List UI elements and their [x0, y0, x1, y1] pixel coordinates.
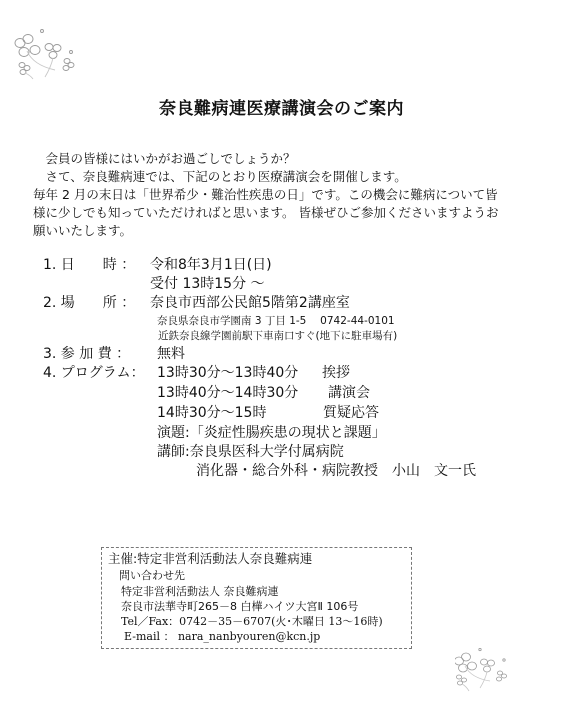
inquiry-heading: 問い合わせ先 [119, 568, 185, 583]
flower-doodle-icon [455, 648, 525, 693]
place-value: 奈良市西部公民館5階第2講座室 [150, 294, 350, 313]
intro-line: 願いいたします。 [33, 222, 132, 240]
fee-value: 無料 [157, 345, 185, 364]
place-address: 奈良県奈良市学園南 3 丁目 1-5 0742-44-0101 [157, 314, 395, 328]
program-label: 4. プログラム： [43, 364, 145, 383]
page-title: 奈良難病連医療講演会のご案内 [0, 94, 563, 119]
place-access: 近鉄奈良線学園前駅下車南口すぐ(地下に駐車場有) [158, 329, 397, 343]
organizer: 主催:特定非営利活動法人奈良難病連 [108, 551, 312, 567]
date-value: 令和8年3月1日(日) [150, 256, 272, 275]
date-label: 1. 日 時 ： [43, 256, 135, 275]
contact-org-name: 特定非営利活動法人 奈良難病連 [121, 584, 279, 599]
intro-line: さて、奈良難病連では、下記のとおり医療講演会を開催します。 [33, 168, 407, 186]
program-event: 挨拶 [322, 364, 350, 383]
intro-line: 毎年 2 月の末日は「世界希少・難治性疾患の日」です。この機会に難病について皆 [33, 186, 498, 204]
contact-tel-fax: Tel／Fax：0742－35－6707(火･木曜日 13～16時) [121, 614, 383, 629]
intro-line: 様に少しでも知っていただければと思います。 皆様ぜひご参加くださいますようお [33, 204, 498, 222]
flower-doodle-icon [5, 25, 80, 80]
program-time: 13時40分～14時30分 [157, 384, 298, 403]
program-lecturer-title: 消化器・総合外科・病院教授 小山 文一氏 [196, 462, 476, 481]
program-event: 質疑応答 [323, 404, 379, 423]
program-time: 14時30分～15時 [157, 404, 266, 423]
program-time: 13時30分～13時40分 [157, 364, 298, 383]
place-label: 2. 場 所 ： [43, 294, 135, 313]
fee-label: 3. 参 加 費 ： [43, 345, 130, 364]
contact-address: 奈良市法華寺町265－8 白樺ハイツ大宮Ⅱ 106号 [121, 599, 358, 614]
program-topic: 演題:「炎症性腸疾患の現状と課題」 [157, 424, 386, 443]
reception-time: 受付 13時15分 ～ [150, 275, 265, 294]
program-event: 講演会 [328, 384, 370, 403]
intro-line: 会員の皆様にはいかがお過ごしでしょうか？ [33, 150, 296, 168]
program-lecturer: 講師:奈良県医科大学付属病院 [157, 443, 344, 462]
contact-email[interactable]: E-mail ： nara_nanbyouren@kcn.jp [124, 629, 320, 644]
